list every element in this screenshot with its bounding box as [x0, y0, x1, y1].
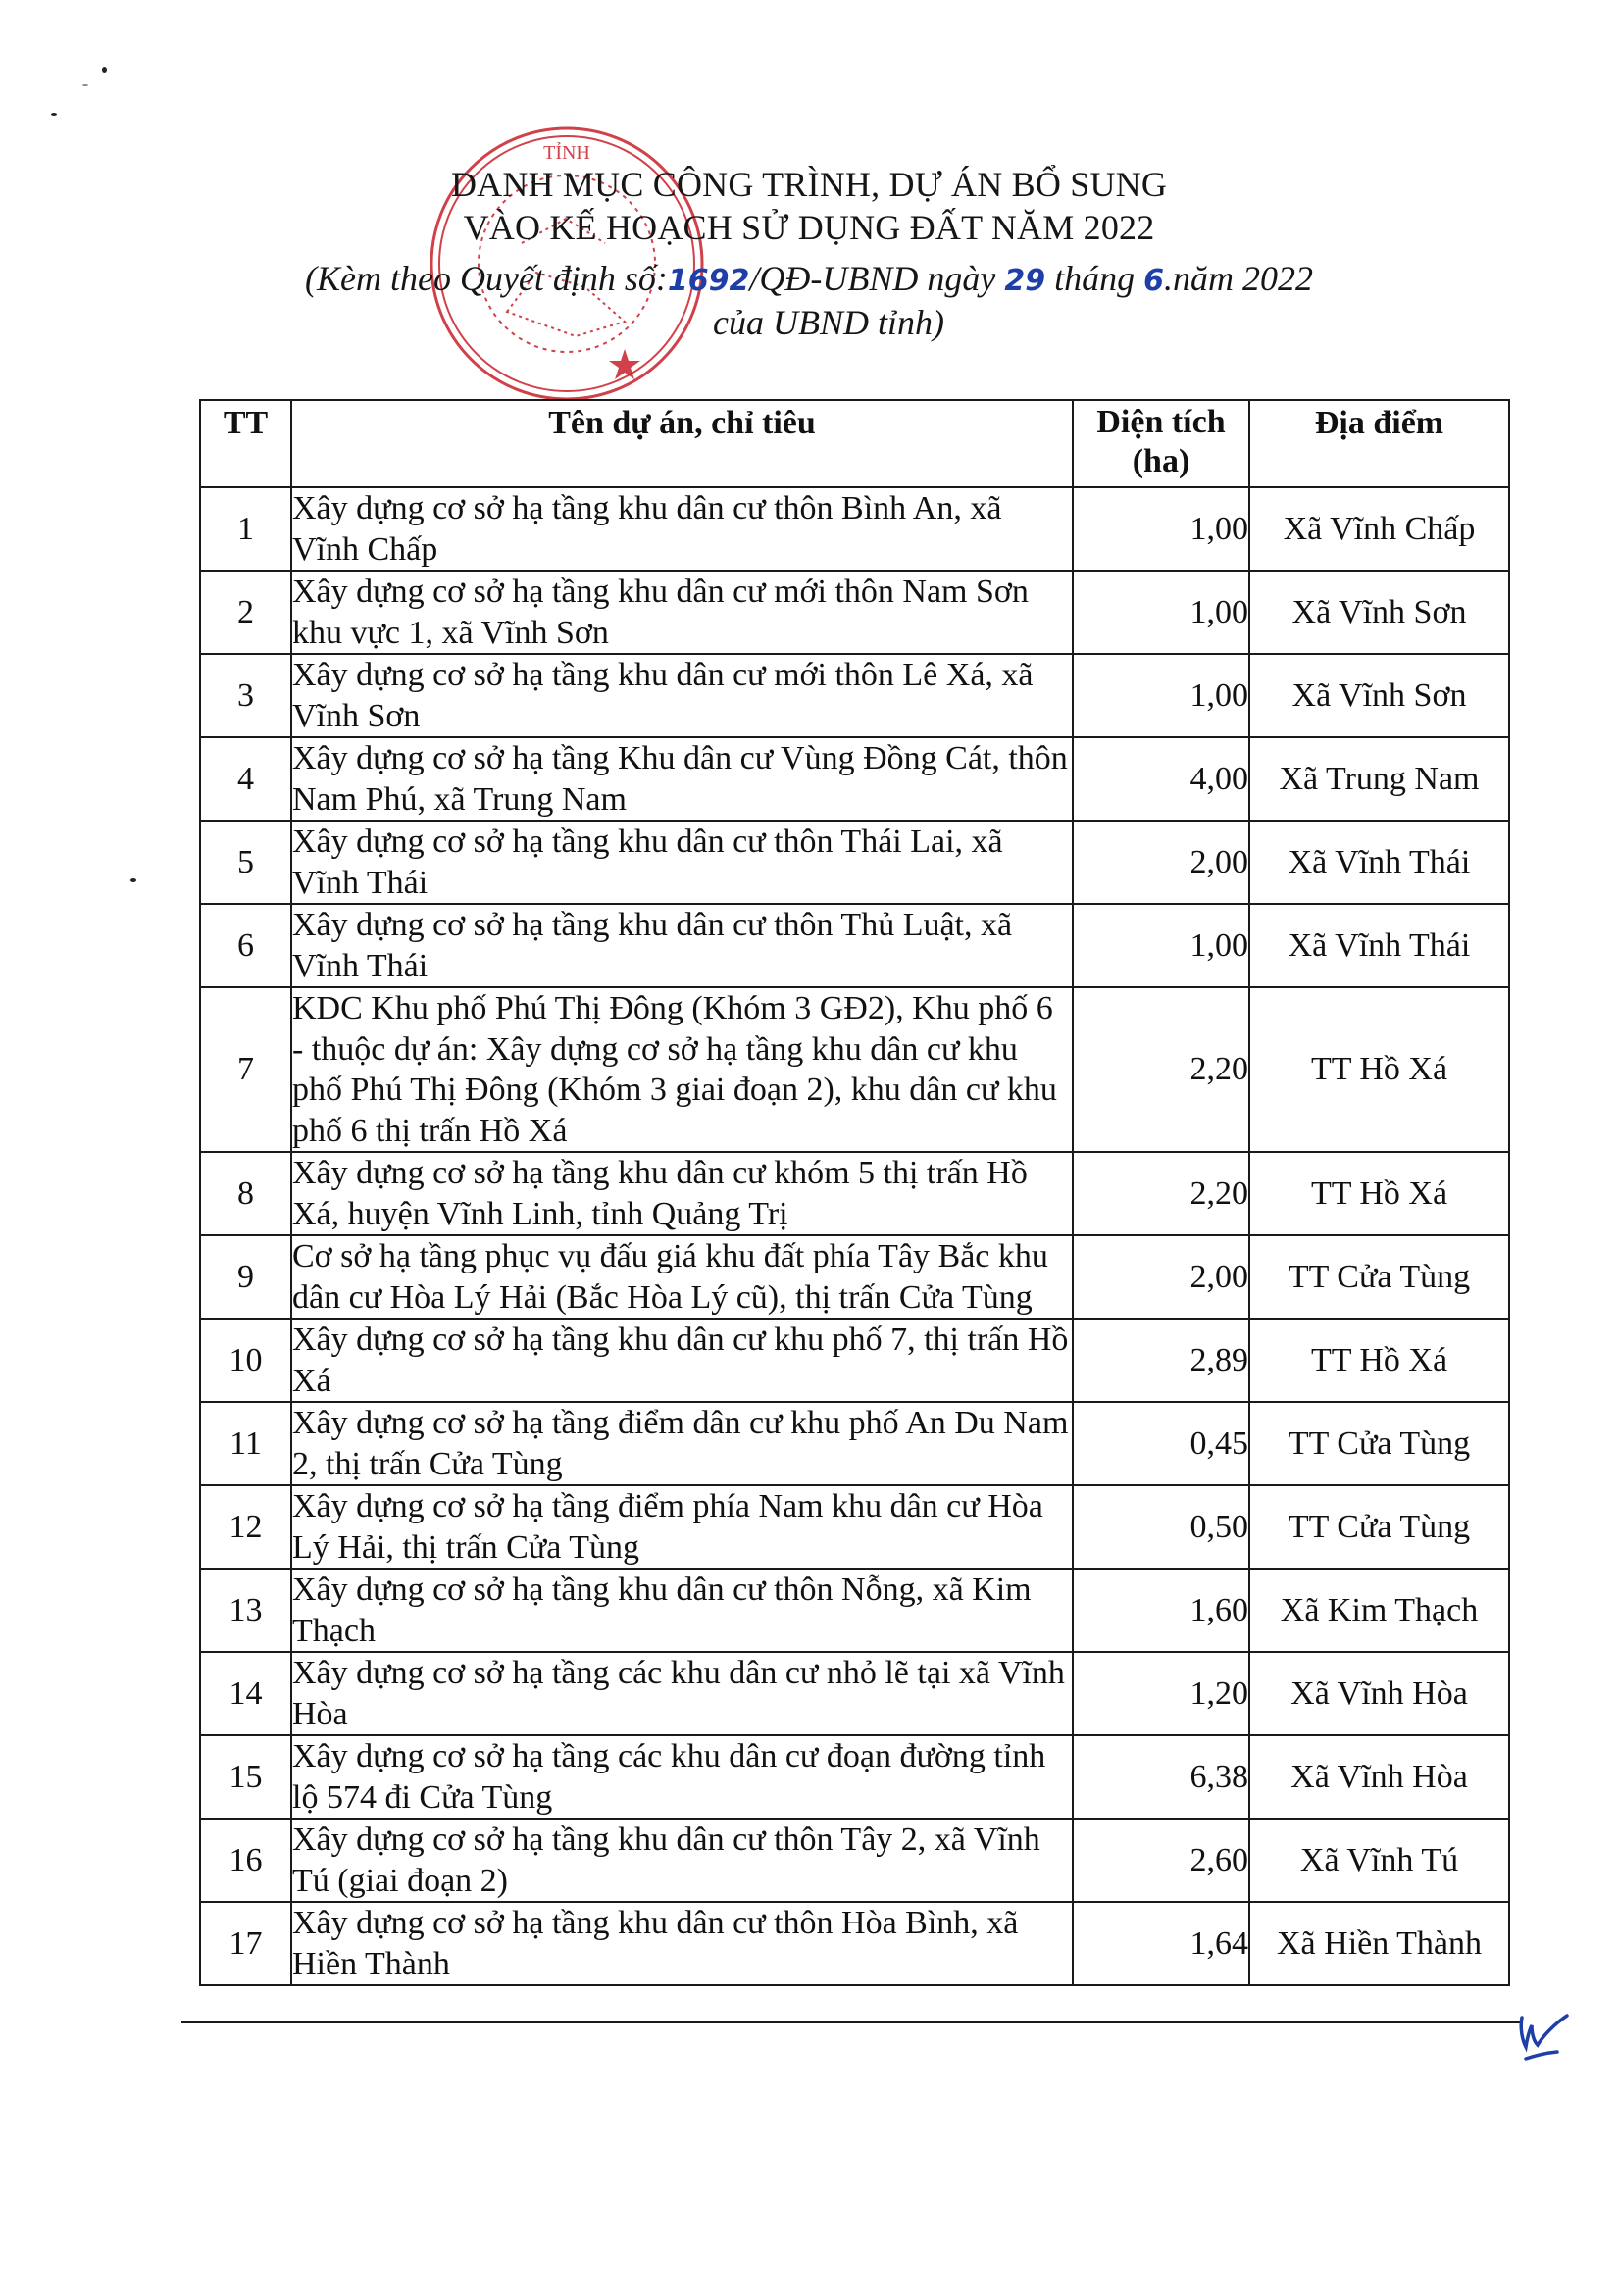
area-ha: 1,00 — [1073, 487, 1249, 571]
project-name: Xây dựng cơ sở hạ tầng khu dân cư khu ph… — [291, 1319, 1073, 1402]
year-label: .năm 2022 — [1164, 259, 1313, 298]
location: TT Cửa Tùng — [1249, 1485, 1509, 1569]
location: Xã Vĩnh Thái — [1249, 904, 1509, 987]
table-row: 6Xây dựng cơ sở hạ tầng khu dân cư thôn … — [200, 904, 1509, 987]
project-name: Cơ sở hạ tầng phục vụ đấu giá khu đất ph… — [291, 1235, 1073, 1319]
header-location: Địa điểm — [1249, 400, 1509, 487]
decision-number-handwritten: 1692 — [668, 264, 750, 298]
header-tt: TT — [200, 400, 291, 487]
project-name: Xây dựng cơ sở hạ tầng khu dân cư thôn N… — [291, 1569, 1073, 1652]
row-number: 2 — [200, 571, 291, 654]
row-number: 15 — [200, 1735, 291, 1819]
row-number: 17 — [200, 1902, 291, 1985]
location: TT Hồ Xá — [1249, 987, 1509, 1152]
handwritten-initials — [1516, 2006, 1579, 2069]
decision-month-handwritten: 6 — [1143, 264, 1164, 298]
area-ha: 1,00 — [1073, 654, 1249, 737]
location: Xã Vĩnh Thái — [1249, 821, 1509, 904]
scan-speck — [102, 67, 107, 73]
table-row: 1Xây dựng cơ sở hạ tầng khu dân cư thôn … — [200, 487, 1509, 571]
table-row: 14Xây dựng cơ sở hạ tầng các khu dân cư … — [200, 1652, 1509, 1735]
row-number: 9 — [200, 1235, 291, 1319]
table-bottom-rule — [181, 2021, 1523, 2023]
project-name: Xây dựng cơ sở hạ tầng khu dân cư thôn T… — [291, 821, 1073, 904]
document-header: DANH MỤC CÔNG TRÌNH, DỰ ÁN BỔ SUNG VÀO K… — [0, 163, 1618, 342]
table-row: 9Cơ sở hạ tầng phục vụ đấu giá khu đất p… — [200, 1235, 1509, 1319]
table-row: 17Xây dựng cơ sở hạ tầng khu dân cư thôn… — [200, 1902, 1509, 1985]
month-label: tháng — [1045, 259, 1143, 298]
area-ha: 4,00 — [1073, 737, 1249, 821]
project-name: Xây dựng cơ sở hạ tầng điểm phía Nam khu… — [291, 1485, 1073, 1569]
location: Xã Kim Thạch — [1249, 1569, 1509, 1652]
project-name: Xây dựng cơ sở hạ tầng khu dân cư khóm 5… — [291, 1152, 1073, 1235]
area-ha: 2,00 — [1073, 1235, 1249, 1319]
project-name: Xây dựng cơ sở hạ tầng Khu dân cư Vùng Đ… — [291, 737, 1073, 821]
scan-speck — [51, 113, 57, 116]
area-ha: 2,00 — [1073, 821, 1249, 904]
project-name: Xây dựng cơ sở hạ tầng khu dân cư thôn T… — [291, 1819, 1073, 1902]
area-ha: 1,60 — [1073, 1569, 1249, 1652]
row-number: 13 — [200, 1569, 291, 1652]
project-name: Xây dựng cơ sở hạ tầng các khu dân cư đo… — [291, 1735, 1073, 1819]
star-icon — [609, 349, 640, 379]
table-row: 4Xây dựng cơ sở hạ tầng Khu dân cư Vùng … — [200, 737, 1509, 821]
decision-day-handwritten: 29 — [1004, 264, 1045, 298]
row-number: 10 — [200, 1319, 291, 1402]
table-row: 3Xây dựng cơ sở hạ tầng khu dân cư mới t… — [200, 654, 1509, 737]
project-name: Xây dựng cơ sở hạ tầng khu dân cư mới th… — [291, 571, 1073, 654]
area-ha: 1,64 — [1073, 1902, 1249, 1985]
table-header-row: TT Tên dự án, chỉ tiêu Diện tích (ha) Đị… — [200, 400, 1509, 487]
location: TT Hồ Xá — [1249, 1152, 1509, 1235]
table-row: 15Xây dựng cơ sở hạ tầng các khu dân cư … — [200, 1735, 1509, 1819]
project-name: Xây dựng cơ sở hạ tầng khu dân cư mới th… — [291, 654, 1073, 737]
decision-issuer: của UBND tỉnh) — [0, 303, 1618, 342]
location: Xã Vĩnh Sơn — [1249, 654, 1509, 737]
table-row: 12Xây dựng cơ sở hạ tầng điểm phía Nam k… — [200, 1485, 1509, 1569]
table-row: 11Xây dựng cơ sở hạ tầng điểm dân cư khu… — [200, 1402, 1509, 1485]
row-number: 1 — [200, 487, 291, 571]
row-number: 5 — [200, 821, 291, 904]
location: Xã Trung Nam — [1249, 737, 1509, 821]
decision-suffix: /QĐ-UBND ngày — [749, 259, 1004, 298]
title-line-1: DANH MỤC CÔNG TRÌNH, DỰ ÁN BỔ SUNG — [0, 163, 1618, 206]
project-name: Xây dựng cơ sở hạ tầng khu dân cư thôn H… — [291, 1902, 1073, 1985]
location: TT Hồ Xá — [1249, 1319, 1509, 1402]
row-number: 8 — [200, 1152, 291, 1235]
location: Xã Hiền Thành — [1249, 1902, 1509, 1985]
row-number: 7 — [200, 987, 291, 1152]
area-ha: 2,20 — [1073, 1152, 1249, 1235]
scan-speck — [82, 84, 88, 86]
area-ha: 2,20 — [1073, 987, 1249, 1152]
table-row: 2Xây dựng cơ sở hạ tầng khu dân cư mới t… — [200, 571, 1509, 654]
table-row: 5Xây dựng cơ sở hạ tầng khu dân cư thôn … — [200, 821, 1509, 904]
area-ha: 2,89 — [1073, 1319, 1249, 1402]
project-name: Xây dựng cơ sở hạ tầng khu dân cư thôn B… — [291, 487, 1073, 571]
location: Xã Vĩnh Sơn — [1249, 571, 1509, 654]
project-name: KDC Khu phố Phú Thị Đông (Khóm 3 GĐ2), K… — [291, 987, 1073, 1152]
table-row: 10Xây dựng cơ sở hạ tầng khu dân cư khu … — [200, 1319, 1509, 1402]
table-row: 8Xây dựng cơ sở hạ tầng khu dân cư khóm … — [200, 1152, 1509, 1235]
row-number: 12 — [200, 1485, 291, 1569]
decision-prefix: (Kèm theo Quyết định số: — [305, 259, 668, 298]
table-row: 16Xây dựng cơ sở hạ tầng khu dân cư thôn… — [200, 1819, 1509, 1902]
area-ha: 2,60 — [1073, 1819, 1249, 1902]
table-row: 13Xây dựng cơ sở hạ tầng khu dân cư thôn… — [200, 1569, 1509, 1652]
area-ha: 1,00 — [1073, 904, 1249, 987]
decision-reference: (Kèm theo Quyết định số:1692/QĐ-UBND ngà… — [0, 257, 1618, 303]
area-ha: 0,45 — [1073, 1402, 1249, 1485]
title-line-2: VÀO KẾ HOẠCH SỬ DỤNG ĐẤT NĂM 2022 — [0, 206, 1618, 249]
location: Xã Vĩnh Hòa — [1249, 1735, 1509, 1819]
area-ha: 1,20 — [1073, 1652, 1249, 1735]
location: TT Cửa Tùng — [1249, 1402, 1509, 1485]
row-number: 16 — [200, 1819, 291, 1902]
row-number: 4 — [200, 737, 291, 821]
project-name: Xây dựng cơ sở hạ tầng các khu dân cư nh… — [291, 1652, 1073, 1735]
table-row: 7KDC Khu phố Phú Thị Đông (Khóm 3 GĐ2), … — [200, 987, 1509, 1152]
project-name: Xây dựng cơ sở hạ tầng điểm dân cư khu p… — [291, 1402, 1073, 1485]
row-number: 6 — [200, 904, 291, 987]
location: Xã Vĩnh Hòa — [1249, 1652, 1509, 1735]
location: Xã Vĩnh Chấp — [1249, 487, 1509, 571]
area-ha: 0,50 — [1073, 1485, 1249, 1569]
header-name: Tên dự án, chỉ tiêu — [291, 400, 1073, 487]
row-number: 3 — [200, 654, 291, 737]
initials-stroke — [1521, 2016, 1567, 2047]
area-ha: 6,38 — [1073, 1735, 1249, 1819]
location: TT Cửa Tùng — [1249, 1235, 1509, 1319]
row-number: 11 — [200, 1402, 291, 1485]
project-name: Xây dựng cơ sở hạ tầng khu dân cư thôn T… — [291, 904, 1073, 987]
header-area: Diện tích (ha) — [1073, 400, 1249, 487]
initials-underline — [1526, 2052, 1557, 2059]
row-number: 14 — [200, 1652, 291, 1735]
scan-speck — [130, 878, 136, 882]
header-area-label: Diện tích (ha) — [1096, 404, 1225, 479]
location: Xã Vĩnh Tú — [1249, 1819, 1509, 1902]
stamp-label: TỈNH — [543, 141, 590, 164]
table-body: 1Xây dựng cơ sở hạ tầng khu dân cư thôn … — [200, 487, 1509, 1985]
project-list-table: TT Tên dự án, chỉ tiêu Diện tích (ha) Đị… — [199, 399, 1510, 1986]
area-ha: 1,00 — [1073, 571, 1249, 654]
